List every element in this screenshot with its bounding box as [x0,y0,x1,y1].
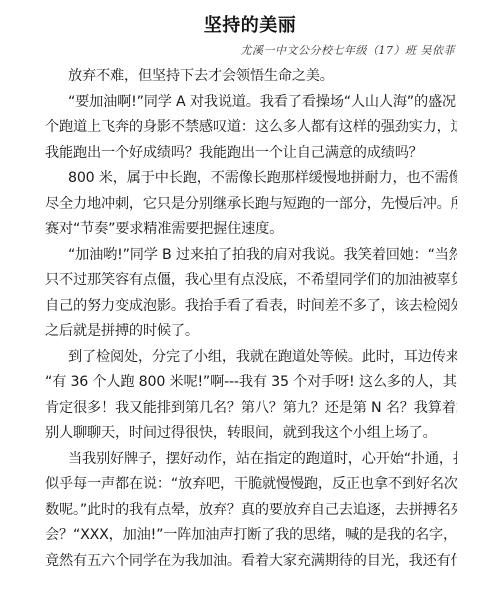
text-line: 我能跑出一个好成绩吗？我能跑出一个让自己满意的成绩吗？ [45,141,457,167]
text-line: 别人聊聊天，时间过得很快，转眼间，就到我这个小组上场了。 [45,421,457,447]
document-page: 坚持的美丽 尤溪一中文公分校七年级（17）班 吴依菲 放弃不难，但坚持下去才会领… [0,0,500,601]
text-line: 竟然有五六个同学在为我加油。看着大家充满期待的目光，我还有什么理由放弃 [45,549,457,575]
text-line: 肯定很多！我又能排到第几名？第八？第九？还是第 N 名？我算着算着，然后和 [45,396,457,422]
text-line: “有 36 个人跑 800 米呢!”啊---我有 35 个对手呀! 这么多的人，… [45,370,457,396]
text-line: 个跑道上飞奔的身影不禁感叹道：这么多人都有这样的强劲实力，这次的校运会 [45,115,457,141]
text-line: 800 米，属于中长跑，不需像长跑那样缓慢地拼耐力，也不需像短跑那样拼 [45,166,457,192]
text-line: “要加油啊!”同学 A 对我说道。我看了看操场“人山人海”的盛况，每一 [45,90,457,116]
paragraph-4: “加油哟!”同学 B 过来拍了拍我的肩对我说。我笑着回她：“当然会的。” 只不过… [45,243,457,345]
document-title: 坚持的美丽 [0,11,500,37]
paragraph-2: “要加油啊!”同学 A 对我说道。我看了看操场“人山人海”的盛况，每一 个跑道上… [45,90,457,167]
text-line: 尽全力地冲刺，它只是分别继承长跑与短跑的一部分，先慢后冲。所以这样的比 [45,192,457,218]
author-byline: 尤溪一中文公分校七年级（17）班 吴依菲 [241,42,456,58]
text-line: 到了检阅处，分完了小组，我就在跑道处等候。此时，耳边传来一个声音： [45,345,457,371]
document-body: 放弃不难，但坚持下去才会领悟生命之美。 “要加油啊!”同学 A 对我说道。我看了… [45,64,457,574]
text-line: 放弃不难，但坚持下去才会领悟生命之美。 [45,64,457,90]
paragraph-6: 当我别好牌子，摆好动作，站在指定的跑道时，心开始“扑通，扑通”狂跳， 似乎每一声… [45,447,457,575]
paragraph-5: 到了检阅处，分完了小组，我就在跑道处等候。此时，耳边传来一个声音： “有 36 … [45,345,457,447]
paragraph-3: 800 米，属于中长跑，不需像长跑那样缓慢地拼耐力，也不需像短跑那样拼 尽全力地… [45,166,457,243]
text-line: 只不过那笑容有点僵，我心里有点没底，不希望同学们的加油被辜负，也不希望 [45,268,457,294]
text-line: 之后就是拼搏的时候了。 [45,319,457,345]
text-line: 数呢。”此时的我有点晕，放弃？真的要放弃自己去追逐，去拼搏名列前茅的机 [45,498,457,524]
paragraph-1: 放弃不难，但坚持下去才会领悟生命之美。 [45,64,457,90]
text-line: 自己的努力变成泡影。我抬手看了看表，时间差不多了，该去检阅处了，检阅处 [45,294,457,320]
text-line: 会？“XXX，加油!”一阵加油声打断了我的思绪，喊的是我的名字，我扭头一看， [45,523,457,549]
text-line: “加油哟!”同学 B 过来拍了拍我的肩对我说。我笑着回她：“当然会的。” [45,243,457,269]
text-line: 赛对“节奏”要求精准需要把握住速度。 [45,217,457,243]
text-line: 似乎每一声都在说：“放弃吧，干脆就慢慢跑，反正也拿不到好名次，也许会倒 [45,472,457,498]
text-line: 当我别好牌子，摆好动作，站在指定的跑道时，心开始“扑通，扑通”狂跳， [45,447,457,473]
